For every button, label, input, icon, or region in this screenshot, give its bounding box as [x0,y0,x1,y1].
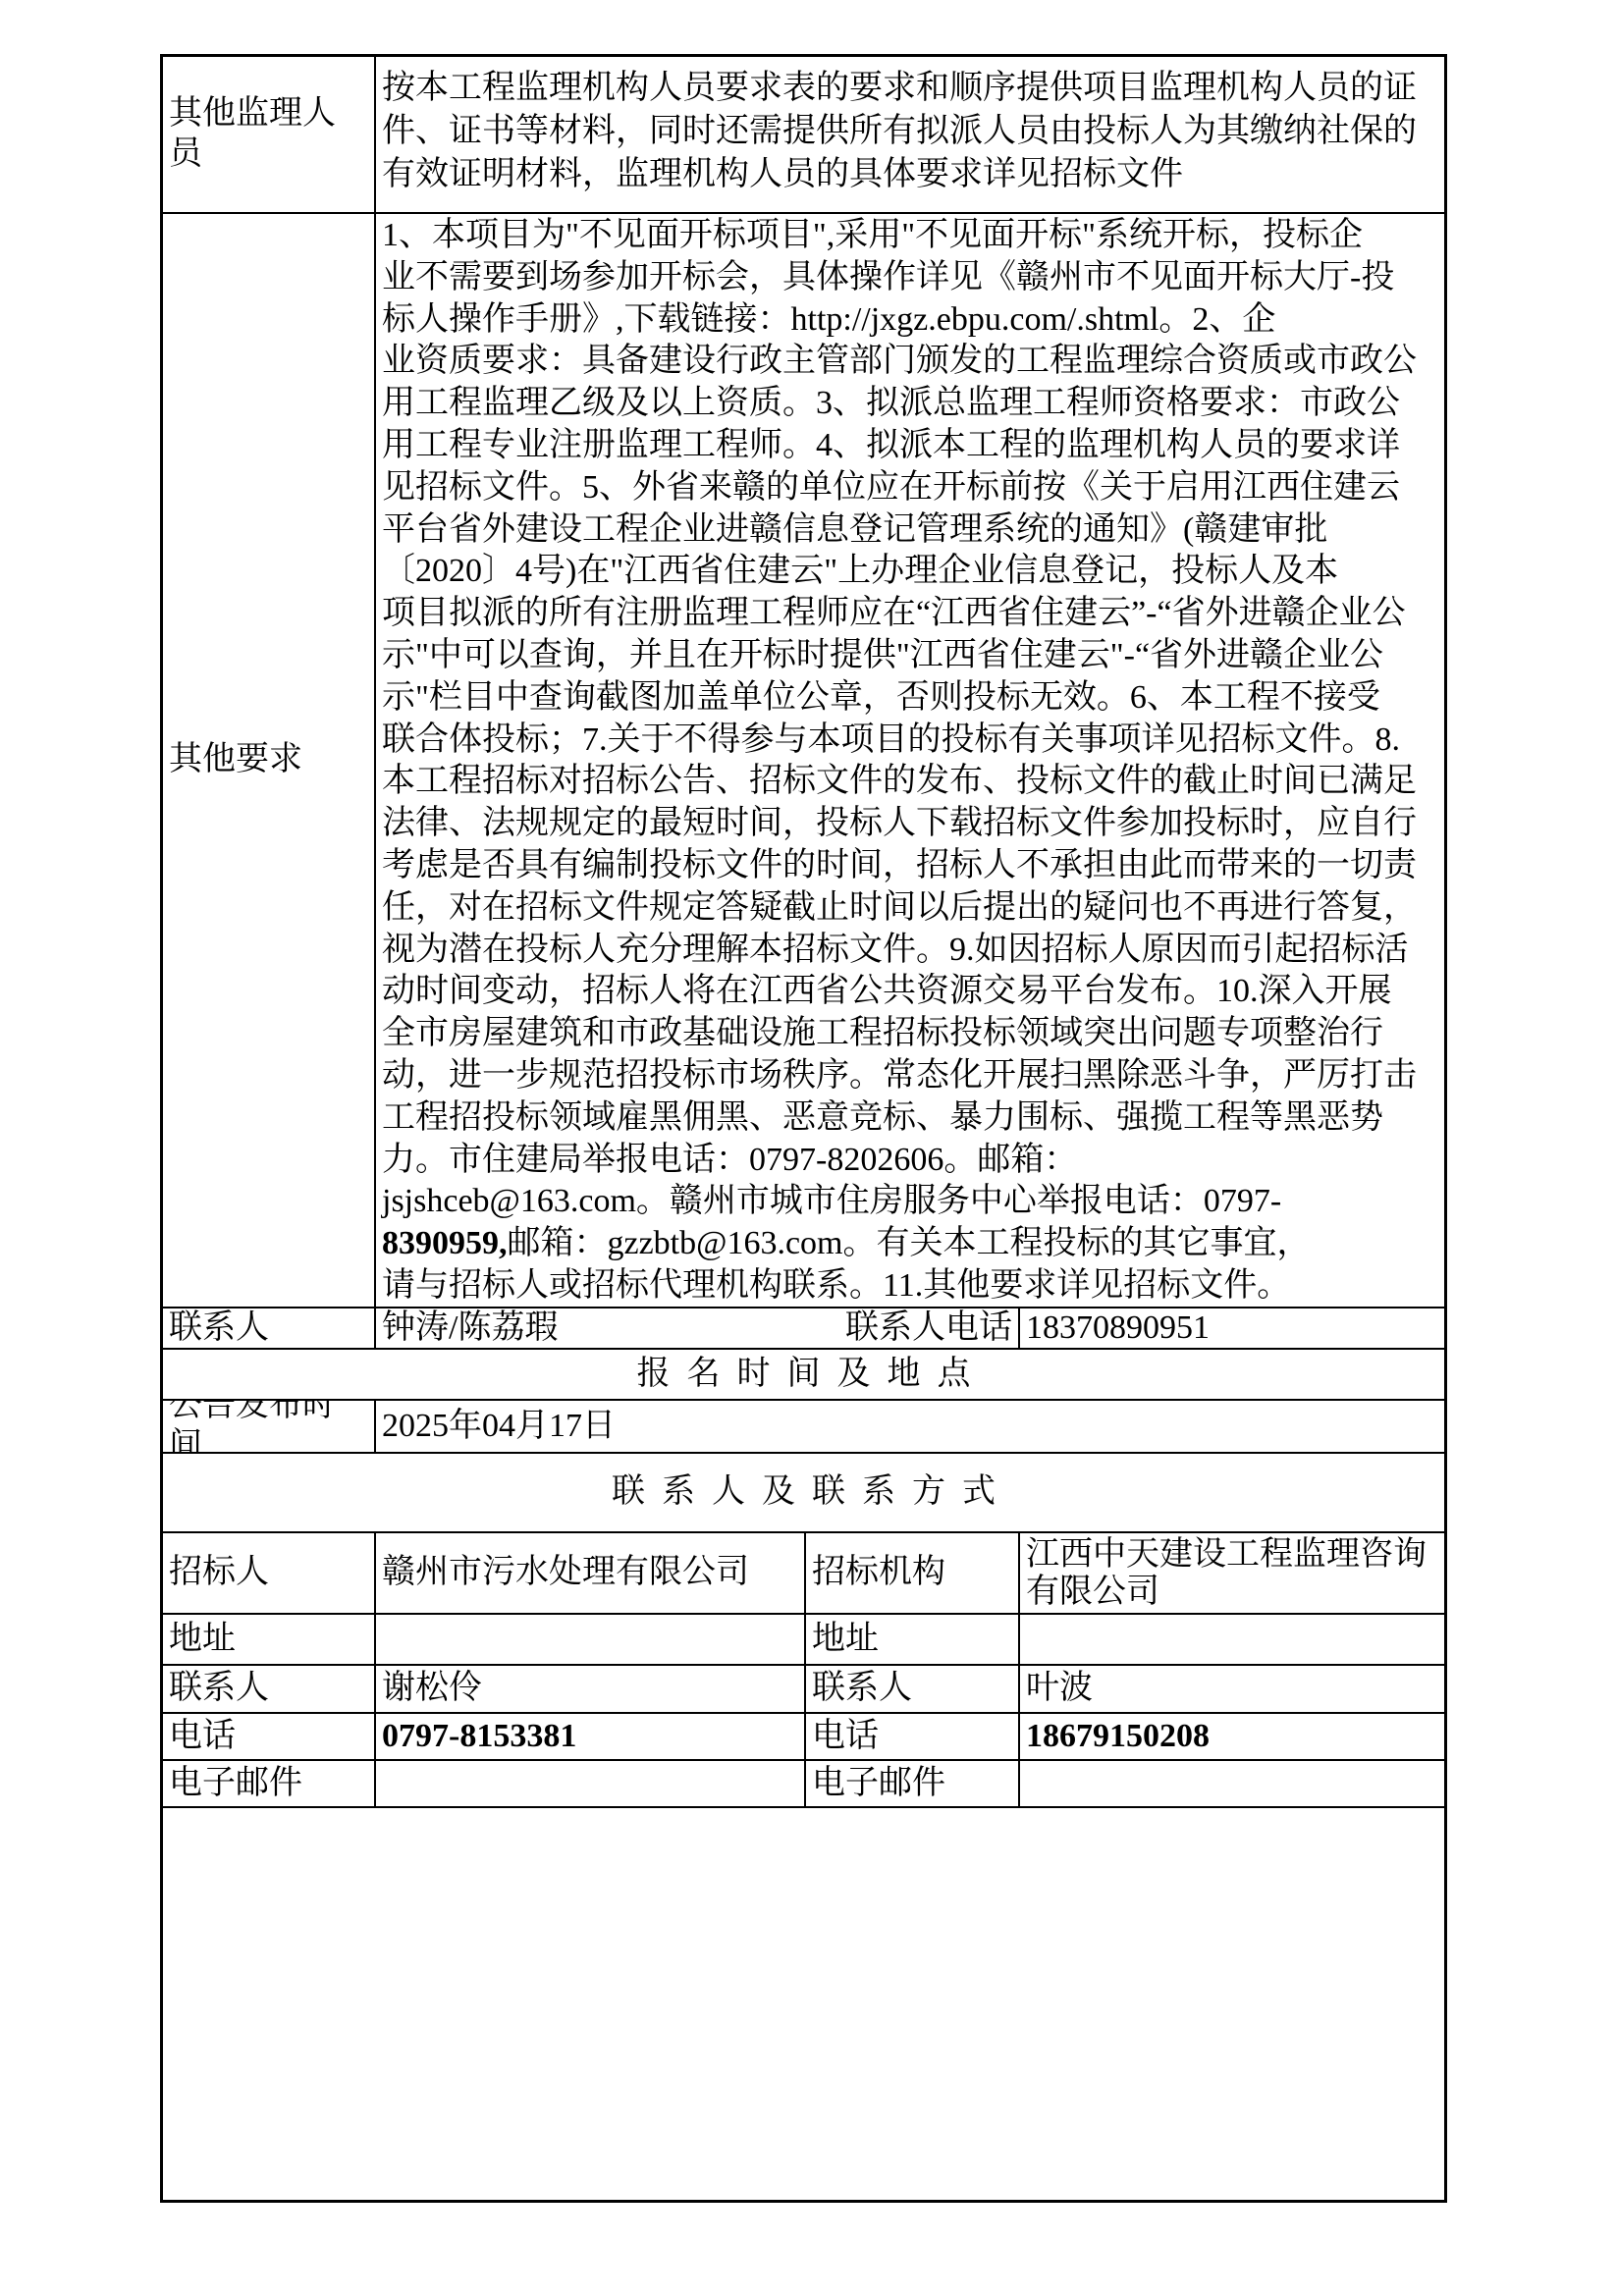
contact-label: 联系人 [163,1308,376,1348]
text-line: 考虑是否具有编制投标文件的时间，招标人不承担由此而带来的一切责 [382,845,1438,887]
row-other-supervision-personnel: 其他监理人员 按本工程监理机构人员要求表的要求和顺序提供项目监理机构人员的证件、… [163,57,1444,214]
address-right-label: 地址 [806,1615,1020,1664]
person-right-value: 叶波 [1020,1666,1444,1712]
contact-mid-cell: 钟涛/陈荔瑕 联系人电话 [376,1308,1020,1348]
announcement-date-value: 2025年04月17日 [376,1401,1444,1452]
address-left-label: 地址 [163,1615,376,1664]
text-line: 〔2020〕4号)在"江西省住建云"上办理企业信息登记，投标人及本 [382,551,1438,593]
contact-phone-value: 18370890951 [1020,1308,1444,1348]
contact-phone-label: 联系人电话 [845,1308,1012,1348]
contact-name: 钟涛/陈荔瑕 [382,1308,558,1348]
address-left-value [376,1615,806,1664]
text-line: 8390959,邮箱：gzzbtb@163.com。有关本工程投标的其它事宜， [382,1223,1438,1265]
contact-section-title: 联系人及联系方式 [163,1454,1444,1531]
row-address: 地址 地址 [163,1615,1444,1666]
text-line: 法律、法规规定的最短时间，投标人下载招标文件参加投标时，应自行 [382,803,1438,845]
text-line: 动，进一步规范招投标市场秩序。常态化开展扫黑除恶斗争，严厉打击 [382,1055,1438,1097]
announcement-date-label: 公告发布时间 [163,1401,376,1452]
row-empty-spacer [163,1808,1444,2200]
text-line: 工程招投标领域雇黑佣黑、恶意竞标、暴力围标、强揽工程等黑恶势 [382,1097,1438,1140]
text-line: 视为潜在投标人充分理解本招标文件。9.如因招标人原因而引起招标活 [382,930,1438,972]
text-line: 用工程专业注册监理工程师。4、拟派本工程的监理机构人员的要求详 [382,425,1438,467]
email-left-label: 电子邮件 [163,1761,376,1806]
email-right-value [1020,1761,1444,1806]
text-line: 动时间变动，招标人将在江西省公共资源交易平台发布。10.深入开展 [382,971,1438,1013]
text-line: 本工程招标对招标公告、招标文件的发布、投标文件的截止时间已满足 [382,761,1438,803]
row-other-requirements: 其他要求 1、本项目为"不见面开标项目",采用"不见面开标"系统开标，投标企业不… [163,214,1444,1308]
other-personnel-label: 其他监理人员 [163,57,376,212]
row-contact-section-header: 联系人及联系方式 [163,1454,1444,1533]
other-requirements-label: 其他要求 [163,214,376,1307]
tender-notice-table: 其他监理人员 按本工程监理机构人员要求表的要求和顺序提供项目监理机构人员的证件、… [160,54,1447,2203]
phone-left-value: 0797-8153381 [376,1714,806,1759]
phone-left-label: 电话 [163,1714,376,1759]
other-requirements-content: 1、本项目为"不见面开标项目",采用"不见面开标"系统开标，投标企业不需要到场参… [376,214,1444,1307]
row-phones: 电话 0797-8153381 电话 18679150208 [163,1714,1444,1761]
text-line: 示"栏目中查询截图加盖单位公章，否则投标无效。6、本工程不接受 [382,677,1438,720]
person-right-label: 联系人 [806,1666,1020,1712]
row-announcement-date: 公告发布时间 2025年04月17日 [163,1401,1444,1454]
text-line: 有效证明材料，监理机构人员的具体要求详见招标文件 [382,153,1438,196]
text-line: 业不需要到场参加开标会，具体操作详见《赣州市不见面开标大厅-投 [382,257,1438,299]
email-left-value [376,1761,806,1806]
bidder-label: 招标人 [163,1533,376,1613]
text-line: 业资质要求：具备建设行政主管部门颁发的工程监理综合资质或市政公 [382,341,1438,383]
document-page: 其他监理人员 按本工程监理机构人员要求表的要求和顺序提供项目监理机构人员的证件、… [0,0,1616,2296]
row-signup-section-header: 报名时间及地点 [163,1350,1444,1401]
phone-right-label: 电话 [806,1714,1020,1759]
email-right-label: 电子邮件 [806,1761,1020,1806]
text-line: 用工程监理乙级及以上资质。3、拟派总监理工程师资格要求：市政公 [382,383,1438,425]
text-line: 标人操作手册》,下载链接：http://jxgz.ebpu.com/.shtml… [382,299,1438,342]
text-line: 件、证书等材料，同时还需提供所有拟派人员由投标人为其缴纳社保的 [382,110,1438,153]
text-line: 请与招标人或招标代理机构联系。11.其他要求详见招标文件。 [382,1265,1438,1307]
row-contact-names: 联系人 谢松伶 联系人 叶波 [163,1666,1444,1714]
signup-section-title: 报名时间及地点 [163,1350,1444,1399]
text-line: jsjshceb@163.com。赣州市城市住房服务中心举报电话：0797- [382,1181,1438,1223]
address-right-value [1020,1615,1444,1664]
agency-label: 招标机构 [806,1533,1020,1613]
row-emails: 电子邮件 电子邮件 [163,1761,1444,1808]
text-line: 任，对在招标文件规定答疑截止时间以后提出的疑问也不再进行答复， [382,887,1438,930]
text-line: 见招标文件。5、外省来赣的单位应在开标前按《关于启用江西住建云 [382,467,1438,509]
person-left-label: 联系人 [163,1666,376,1712]
text-line: 项目拟派的所有注册监理工程师应在“江西省住建云”-“省外进赣企业公 [382,593,1438,635]
text-line: 平台省外建设工程企业进赣信息登记管理系统的通知》(赣建审批 [382,509,1438,552]
text-line: 1、本项目为"不见面开标项目",采用"不见面开标"系统开标，投标企 [382,215,1438,257]
phone-right-value: 18679150208 [1020,1714,1444,1759]
text-line: 联合体投标；7.关于不得参与本项目的投标有关事项详见招标文件。8. [382,720,1438,762]
row-bidder-agency: 招标人 赣州市污水处理有限公司 招标机构 江西中天建设工程监理咨询有限公司 [163,1533,1444,1615]
text-line: 力。市住建局举报电话：0797-8202606。邮箱： [382,1140,1438,1182]
agency-value: 江西中天建设工程监理咨询有限公司 [1020,1533,1444,1613]
person-left-value: 谢松伶 [376,1666,806,1712]
text-line: 示"中可以查询，并且在开标时提供"江西省住建云"-“省外进赣企业公 [382,635,1438,677]
bidder-value: 赣州市污水处理有限公司 [376,1533,806,1613]
text-line: 全市房屋建筑和市政基础设施工程招标投标领域突出问题专项整治行 [382,1013,1438,1055]
row-contact-person: 联系人 钟涛/陈荔瑕 联系人电话 18370890951 [163,1308,1444,1350]
other-personnel-content: 按本工程监理机构人员要求表的要求和顺序提供项目监理机构人员的证件、证书等材料，同… [376,57,1444,212]
text-line: 按本工程监理机构人员要求表的要求和顺序提供项目监理机构人员的证 [382,67,1438,110]
empty-cell [163,1808,1444,2200]
